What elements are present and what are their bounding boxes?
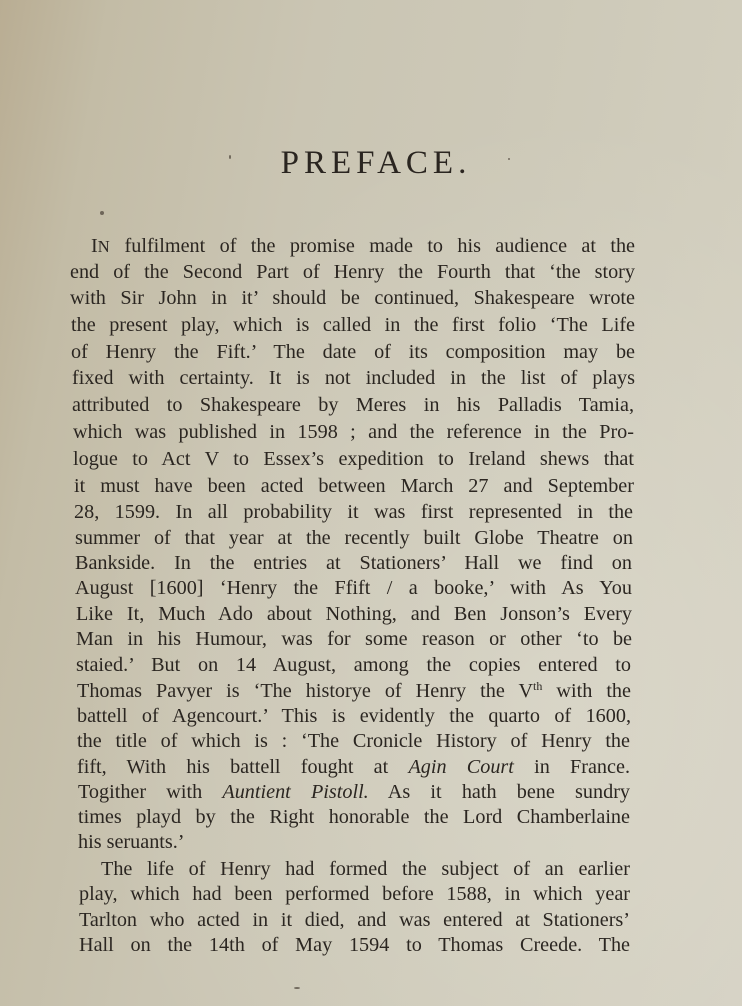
- text-line: which was published in 1598 ; and the re…: [73, 420, 634, 444]
- text-line: fixed with certainty. It is not included…: [72, 366, 635, 390]
- text-line: Bankside. In the entries at Stationers’ …: [75, 551, 632, 575]
- text-line: Thomas Pavyer is ‘The historye of Henry …: [77, 679, 631, 703]
- drop-initial: I: [91, 235, 98, 257]
- paper-speck: [100, 211, 104, 215]
- text-line: Hall on the 14th of May 1594 to Thomas C…: [79, 933, 630, 957]
- text-line: logue to Act V to Essex’s expedition to …: [73, 447, 634, 471]
- text-line: of Henry the Fift.’ The date of its comp…: [71, 340, 635, 364]
- text-line: times playd by the Right honorable the L…: [78, 805, 630, 829]
- text-line: with Sir John in it’ should be continued…: [70, 286, 635, 310]
- text-line: play, which had been performed before 15…: [79, 882, 630, 906]
- paper-speck: [294, 987, 300, 989]
- text-line: IN fulfilment of the promise made to his…: [91, 234, 635, 259]
- text-line: 28, 1599. In all probability it was firs…: [74, 500, 633, 524]
- italic-title: Agin Court: [408, 756, 513, 778]
- text-line: end of the Second Part of Henry the Four…: [70, 260, 635, 284]
- page-title: PREFACE.: [0, 145, 742, 182]
- text-line: it must have been acted between March 27…: [74, 474, 634, 498]
- text-line: Tarlton who acted in it died, and was en…: [79, 908, 630, 932]
- text-line: attributed to Shakespeare by Meres in hi…: [72, 393, 634, 417]
- text-line: his seruants.’: [78, 830, 630, 854]
- text-line: staied.’ But on 14 August, among the cop…: [76, 653, 631, 677]
- text-line: battell of Agencourt.’ This is evidently…: [77, 704, 631, 728]
- text-line: the title of which is : ‘The Cronicle Hi…: [77, 729, 630, 753]
- italic-title: Auntient Pistoll.: [222, 781, 368, 803]
- text-line: August [1600] ‘Henry the Ffift / a booke…: [75, 576, 632, 600]
- text-line: The life of Henry had formed the subject…: [101, 857, 630, 881]
- text-line: summer of that year at the recently buil…: [75, 526, 633, 550]
- superscript: th: [533, 679, 542, 693]
- text-line: Man in his Humour, was for some reason o…: [76, 627, 632, 651]
- text-line: Togither with Auntient Pistoll. As it ha…: [78, 780, 630, 804]
- book-page: PREFACE. IN fulfilment of the promise ma…: [0, 0, 742, 1006]
- small-caps: N: [98, 237, 110, 256]
- text-line: the present play, which is called in the…: [71, 313, 635, 337]
- text-line: Like It, Much Ado about Nothing, and Ben…: [76, 602, 632, 626]
- text-line: fift, With his battell fought at Agin Co…: [77, 755, 630, 779]
